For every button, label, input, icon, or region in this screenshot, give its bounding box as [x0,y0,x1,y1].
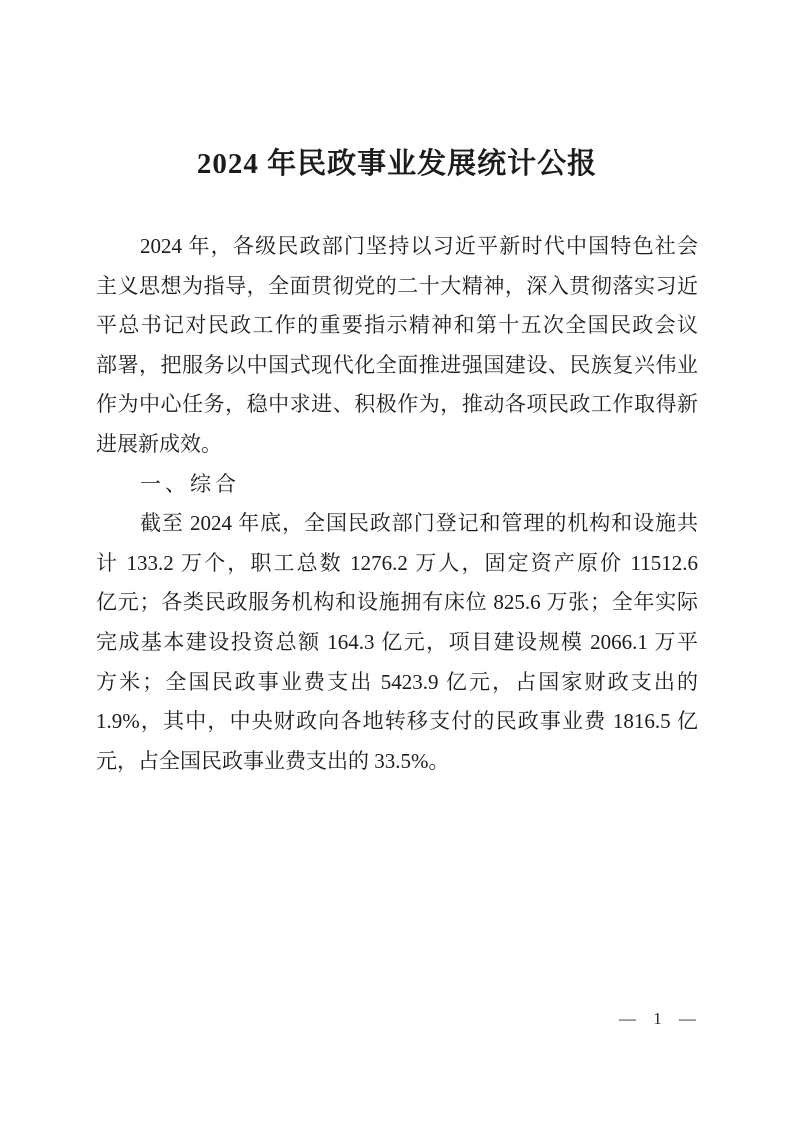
document-title: 2024 年民政事业发展统计公报 [0,141,794,187]
text-line: 元，占全国民政事业费支出的 33.5%。 [96,742,698,782]
text-line: 方米；全国民政事业费支出 5423.9 亿元，占国家财政支出的 [96,663,698,703]
text-line: 进展新成效。 [96,425,698,465]
text-line: 2024 年，各级民政部门坚持以习近平新时代中国特色社会 [96,227,698,267]
intro-paragraph: 2024 年，各级民政部门坚持以习近平新时代中国特色社会主义思想为指导，全面贯彻… [96,227,698,465]
document-page: 2024 年民政事业发展统计公报 2024 年，各级民政部门坚持以习近平新时代中… [0,0,794,1123]
text-line: 作为中心任务，稳中求进、积极作为，推动各项民政工作取得新 [96,385,698,425]
document-body: 2024 年，各级民政部门坚持以习近平新时代中国特色社会主义思想为指导，全面贯彻… [96,227,698,781]
text-line: 平总书记对民政工作的重要指示精神和第十五次全国民政会议 [96,306,698,346]
text-line: 亿元；各类民政服务机构和设施拥有床位 825.6 万张；全年实际 [96,583,698,623]
text-line: 完成基本建设投资总额 164.3 亿元，项目建设规模 2066.1 万平 [96,623,698,663]
overview-paragraph: 截至 2024 年底，全国民政部门登记和管理的机构和设施共计 133.2 万个，… [96,504,698,781]
text-line: 部署，把服务以中国式现代化全面推进强国建设、民族复兴伟业 [96,346,698,386]
section-heading-line: 一、综合 [96,465,698,505]
text-line: 截至 2024 年底，全国民政部门登记和管理的机构和设施共 [96,504,698,544]
text-line: 主义思想为指导，全面贯彻党的二十大精神，深入贯彻落实习近 [96,267,698,307]
text-line: 计 133.2 万个，职工总数 1276.2 万人，固定资产原价 11512.6 [96,544,698,584]
text-line: 1.9%，其中，中央财政向各地转移支付的民政事业费 1816.5 亿 [96,702,698,742]
section-heading-overview: 一、综合 [96,465,698,505]
page-number: — 1 — [619,1006,698,1032]
